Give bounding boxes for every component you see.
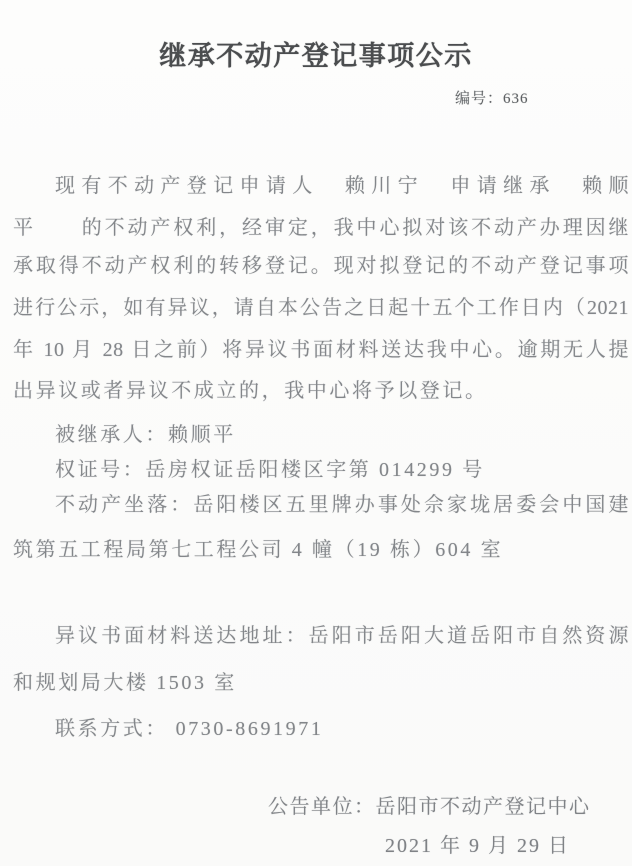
issuer-line: 公告单位：岳阳市不动产登记中心 [268,793,591,821]
body-line: 进行公示，如有异议，请自本公告之日起十五个工作日内（2021 [13,294,629,322]
body-line-property-location-cont: 筑第五工程局第七工程公司 4 幢（19 栋）604 室 [13,536,503,564]
doc-number: 编号：636 [455,87,529,108]
publish-date: 2021 年 9 月 29 日 [385,832,570,860]
page-title: 继承不动产登记事项公示 [0,34,632,73]
body-line: 平 的不动产权利，经审定，我中心拟对该不动产办理因继 [13,214,629,242]
body-line-certificate-no: 权证号：岳房权证岳阳楼区字第 014299 号 [55,456,485,484]
body-line-objection-address-cont: 和规划局大楼 1503 室 [13,669,237,697]
body-line: 出异议或者异议不成立的，我中心将予以登记。 [13,377,488,405]
document-page: 继承不动产登记事项公示 编号：636 现有不动产登记申请人 赖川宁 申请继承 赖… [0,0,632,866]
body-line-contact-phone: 联系方式： 0730-8691971 [55,715,323,743]
body-line: 年 10 月 28 日之前）将异议书面材料送达我中心。逾期无人提 [13,336,629,364]
body-line: 承取得不动产权利的转移登记。现对拟登记的不动产登记事项 [13,252,629,280]
body-line-applicant: 现有不动产登记申请人 赖川宁 申请继承 赖顺 [55,172,629,200]
body-line-decedent: 被继承人：赖顺平 [55,421,236,449]
body-line-objection-address: 异议书面材料送达地址：岳阳市岳阳大道岳阳市自然资源 [55,622,629,650]
body-line-property-location: 不动产坐落：岳阳楼区五里牌办事处佘家垅居委会中国建 [55,491,629,519]
